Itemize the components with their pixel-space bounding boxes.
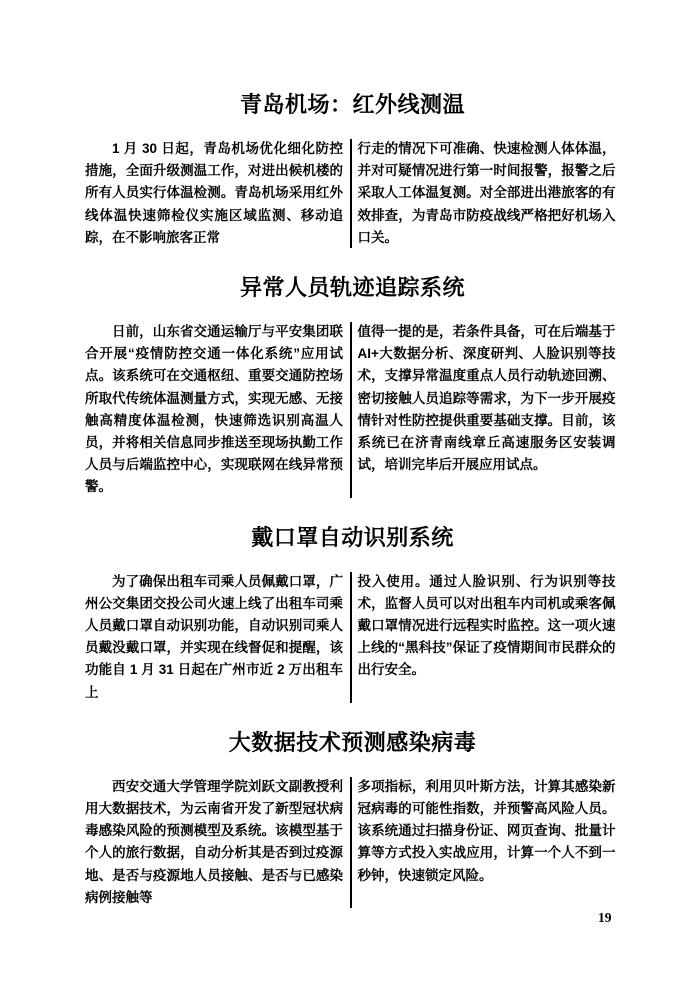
left-column-text: 1 月 30 日起，青岛机场优化细化防控措施，全面升级测温工作，对进出候机楼的所… bbox=[85, 138, 343, 249]
two-column-text: 1 月 30 日起，青岛机场优化细化防控措施，全面升级测温工作，对进出候机楼的所… bbox=[85, 138, 620, 249]
right-column-text: 行走的情况下可准确、快速检测人体体温，并对可疑情况进行第一时间报警，报警之后采取… bbox=[358, 138, 616, 249]
document-page: 青岛机场：红外线测温 1 月 30 日起，青岛机场优化细化防控措施，全面升级测温… bbox=[0, 0, 700, 990]
article-content: 青岛机场：红外线测温 1 月 30 日起，青岛机场优化细化防控措施，全面升级测温… bbox=[85, 92, 620, 909]
two-column-text: 西安交通大学管理学院刘跃文副教授利用大数据技术，为云南省开发了新型冠状病毒感染风… bbox=[85, 776, 620, 909]
right-column-text: 投入使用。通过人脸识别、行为识别等技术，监督人员可以对出租车内司机或乘客佩戴口罩… bbox=[358, 571, 616, 704]
two-column-text: 日前，山东省交通运输厅与平安集团联合开展“疫情防控交通一体化系统”应用试点。该系… bbox=[85, 321, 620, 499]
article-title: 戴口罩自动识别系统 bbox=[85, 525, 620, 551]
article-title: 大数据技术预测感染病毒 bbox=[85, 730, 620, 756]
column-divider-rule bbox=[350, 777, 352, 908]
article-section-mask-recognition: 戴口罩自动识别系统 为了确保出租车司乘人员佩戴口罩，广州公交集团交投公司火速上线… bbox=[85, 525, 620, 704]
article-section-qingdao-airport: 青岛机场：红外线测温 1 月 30 日起，青岛机场优化细化防控措施，全面升级测温… bbox=[85, 92, 620, 249]
column-divider-rule bbox=[350, 322, 352, 498]
right-column-text: 值得一提的是，若条件具备，可在后端基于AI+大数据分析、深度研判、人脸识别等技术… bbox=[358, 321, 616, 499]
article-title: 青岛机场：红外线测温 bbox=[85, 92, 620, 118]
left-column-text: 为了确保出租车司乘人员佩戴口罩，广州公交集团交投公司火速上线了出租车司乘人员戴口… bbox=[85, 571, 343, 704]
column-divider-rule bbox=[350, 139, 352, 248]
left-column-text: 西安交通大学管理学院刘跃文副教授利用大数据技术，为云南省开发了新型冠状病毒感染风… bbox=[85, 776, 343, 909]
article-title: 异常人员轨迹追踪系统 bbox=[85, 275, 620, 301]
article-section-bigdata-prediction: 大数据技术预测感染病毒 西安交通大学管理学院刘跃文副教授利用大数据技术，为云南省… bbox=[85, 730, 620, 909]
left-column-text: 日前，山东省交通运输厅与平安集团联合开展“疫情防控交通一体化系统”应用试点。该系… bbox=[85, 321, 343, 499]
two-column-text: 为了确保出租车司乘人员佩戴口罩，广州公交集团交投公司火速上线了出租车司乘人员戴口… bbox=[85, 571, 620, 704]
right-column-text: 多项指标，利用贝叶斯方法，计算其感染新冠病毒的可能性指数，并预警高风险人员。该系… bbox=[358, 776, 616, 909]
article-section-trajectory-tracking: 异常人员轨迹追踪系统 日前，山东省交通运输厅与平安集团联合开展“疫情防控交通一体… bbox=[85, 275, 620, 499]
column-divider-rule bbox=[350, 572, 352, 703]
page-number: 19 bbox=[598, 910, 612, 926]
